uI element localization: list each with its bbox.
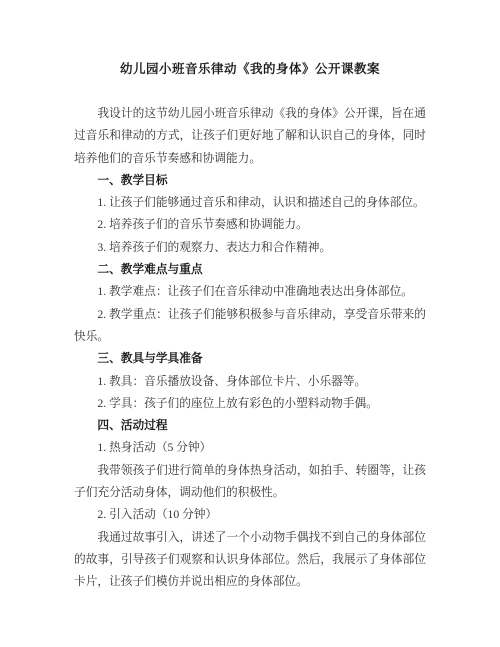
paragraph: 我带领孩子们进行简单的身体热身活动，如拍手、转圈等，让孩子们充分活动身体，调动他… xyxy=(74,460,426,505)
paragraph: 1. 让孩子们能够通过音乐和律动，认识和描述自己的身体部位。 xyxy=(74,192,426,214)
paragraph: 2. 教学重点：让孩子们能够积极参与音乐律动，享受音乐带来的快乐。 xyxy=(74,304,426,349)
paragraph: 2. 培养孩子们的音乐节奏感和协调能力。 xyxy=(74,214,426,236)
paragraph: 2. 引入活动（10 分钟） xyxy=(74,504,426,526)
paragraph: 1. 教具：音乐播放设备、身体部位卡片、小乐器等。 xyxy=(74,371,426,393)
document-page: 幼儿园小班音乐律动《我的身体》公开课教案 我设计的这节幼儿园小班音乐律动《我的身… xyxy=(0,0,500,647)
paragraph: 2. 学具：孩子们的座位上放有彩色的小塑料动物手偶。 xyxy=(74,393,426,415)
section-heading: 四、活动过程 xyxy=(74,415,426,437)
section-heading: 二、教学难点与重点 xyxy=(74,259,426,281)
section-heading: 三、教具与学具准备 xyxy=(74,348,426,370)
document-title: 幼儿园小班音乐律动《我的身体》公开课教案 xyxy=(74,58,426,80)
paragraph: 1. 教学难点：让孩子们在音乐律动中准确地表达出身体部位。 xyxy=(74,281,426,303)
paragraph: 3. 培养孩子们的观察力、表达力和合作精神。 xyxy=(74,237,426,259)
paragraph: 我通过故事引入，讲述了一个小动物手偶找不到自己的身体部位的故事，引导孩子们观察和… xyxy=(74,527,426,594)
paragraph: 我设计的这节幼儿园小班音乐律动《我的身体》公开课，旨在通过音乐和律动的方式，让孩… xyxy=(74,103,426,170)
document-body: 我设计的这节幼儿园小班音乐律动《我的身体》公开课，旨在通过音乐和律动的方式，让孩… xyxy=(74,103,426,594)
section-heading: 一、教学目标 xyxy=(74,170,426,192)
paragraph: 1. 热身活动（5 分钟） xyxy=(74,437,426,459)
